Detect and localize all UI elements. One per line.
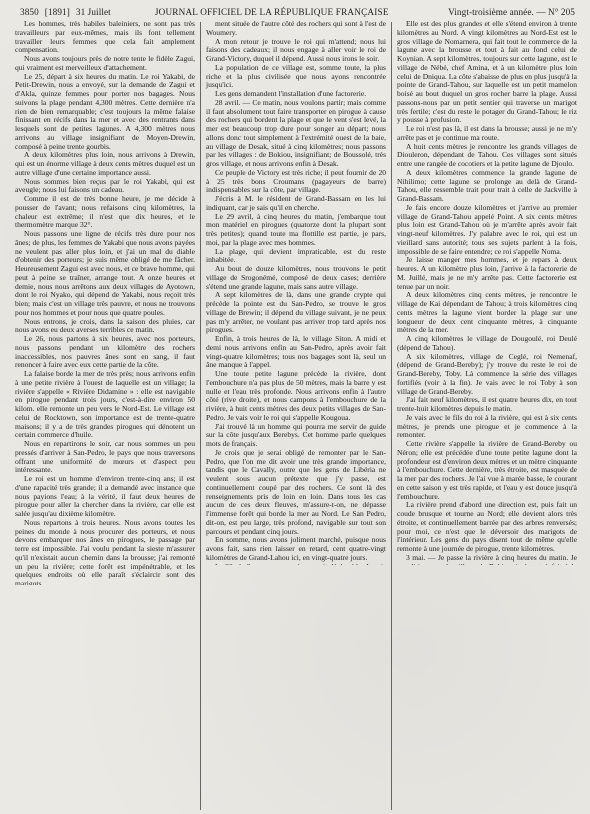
paragraph: En somme, nous avons joliment marché, pu… <box>206 536 386 562</box>
paragraph: A sept kilomètres de là, dans une grande… <box>206 291 386 335</box>
publication-title: JOURNAL OFFICIEL DE LA RÉPUBLIQUE FRANÇA… <box>155 7 389 17</box>
paragraph: Les hommes, très habiles baleiniers, ne … <box>15 20 195 55</box>
paragraph: Elle est des plus grandes et elle s'éten… <box>397 20 577 125</box>
paragraph: La rivière prend d'abord une direction e… <box>397 501 577 554</box>
header-left: 3850 [1891] 31 Juillet <box>20 7 111 17</box>
paragraph: A six kilomètres, village de Ceglé, roi … <box>397 353 577 397</box>
paragraph: Le roi n'est pas là, il est dans la brou… <box>397 125 577 143</box>
column-divider <box>391 22 392 810</box>
paragraph: Nous en repartirons le soir, car nous so… <box>15 440 195 475</box>
paragraph: Le 29 avril, à cinq heures du matin, j'e… <box>206 213 386 248</box>
paragraph: A deux kilomètres plus loin, nous arrivo… <box>15 151 195 177</box>
paragraph: Je vais avec le fils du roi à la rivière… <box>397 414 577 440</box>
paragraph: Comme il est de très bonne heure, je me … <box>15 195 195 230</box>
edition-info: Vingt-troisième année. — N° 205 <box>448 7 575 17</box>
paragraph: Cette rivière s'appelle la rivière de Gr… <box>397 440 577 501</box>
paragraph: ment située de l'autre côté des rochers … <box>206 20 386 38</box>
paragraph: A deux kilomètres cinq cents mètres, je … <box>397 291 577 335</box>
paragraph: A huit cents mètres je rencontre les gra… <box>397 143 577 169</box>
paragraph: Une toute petite lagune précède la riviè… <box>206 370 386 423</box>
newspaper-page: 3850 [1891] 31 Juillet JOURNAL OFFICIEL … <box>0 0 590 814</box>
paragraph: La plage, qui devient impraticable, est … <box>206 248 386 266</box>
column-2: ment située de l'autre côté des rochers … <box>203 20 389 565</box>
paragraph: J'ai trouvé là un homme qui pourra me se… <box>206 423 386 449</box>
paragraph: Je crois que je serai obligé de remonter… <box>206 449 386 537</box>
paragraph: Je fais encore douze kilomètres et j'arr… <box>397 204 577 257</box>
paragraph: J'ai fait neuf kilomètres, il est quatre… <box>397 396 577 414</box>
paragraph: 28 avril. — Ce matin, nous voulons parti… <box>206 99 386 169</box>
column-1: Les hommes, très habiles baleiniers, ne … <box>12 20 198 585</box>
paragraph: J'écris à M. le résident de Grand-Bassam… <box>206 195 386 213</box>
column-divider <box>200 22 201 810</box>
page-header: 3850 [1891] 31 Juillet JOURNAL OFFICIEL … <box>20 5 575 19</box>
paragraph: Le 30, de Segonzac a passé une nuit dépl… <box>206 563 386 566</box>
paragraph: Le 26, nous partons à six heures, avec n… <box>15 335 195 370</box>
paragraph: La falaise borde la mer de très près; no… <box>15 370 195 440</box>
paragraph: Nous sommes bien reçus par le roi Yakabi… <box>15 178 195 196</box>
issue-date: 31 Juillet <box>76 7 111 17</box>
paragraph: Le roi est un homme d'environ trente-cin… <box>15 475 195 519</box>
paragraph: Nous avons toujours près de notre tente … <box>15 55 195 73</box>
paragraph: A cinq kilomètres le village de Dougoulé… <box>397 335 577 353</box>
paragraph: Nous entrons, je crois, dans la saison d… <box>15 318 195 336</box>
paragraph: Le 25, départ à six heures du matin. Le … <box>15 73 195 152</box>
year: [1891] <box>45 7 70 17</box>
paragraph: A mon retour je trouve le roi qui m'atte… <box>206 38 386 64</box>
paragraph: Nous passons une ligne de récifs très du… <box>15 230 195 318</box>
paragraph: Je laisse manger mes hommes, et je repar… <box>397 256 577 291</box>
page-number: 3850 <box>20 7 39 17</box>
paragraph: Enfin, à trois heures de là, le village … <box>206 335 386 370</box>
paragraph: Nous repartons à trois heures. Nous avon… <box>15 519 195 585</box>
paragraph: La population de ce village est, somme t… <box>206 64 386 90</box>
paragraph: Au bout de douze kilomètres, nous trouvo… <box>206 265 386 291</box>
paragraph: Ce peuple de Victory est très riche; il … <box>206 169 386 195</box>
article-columns: Les hommes, très habiles baleiniers, ne … <box>12 20 580 810</box>
paragraph: 3 mai. — Je passe la rivière à cinq heur… <box>397 554 577 565</box>
column-3: Elle est des plus grandes et elle s'éten… <box>394 20 580 565</box>
paragraph: A deux kilomètres commence la grande lag… <box>397 169 577 204</box>
